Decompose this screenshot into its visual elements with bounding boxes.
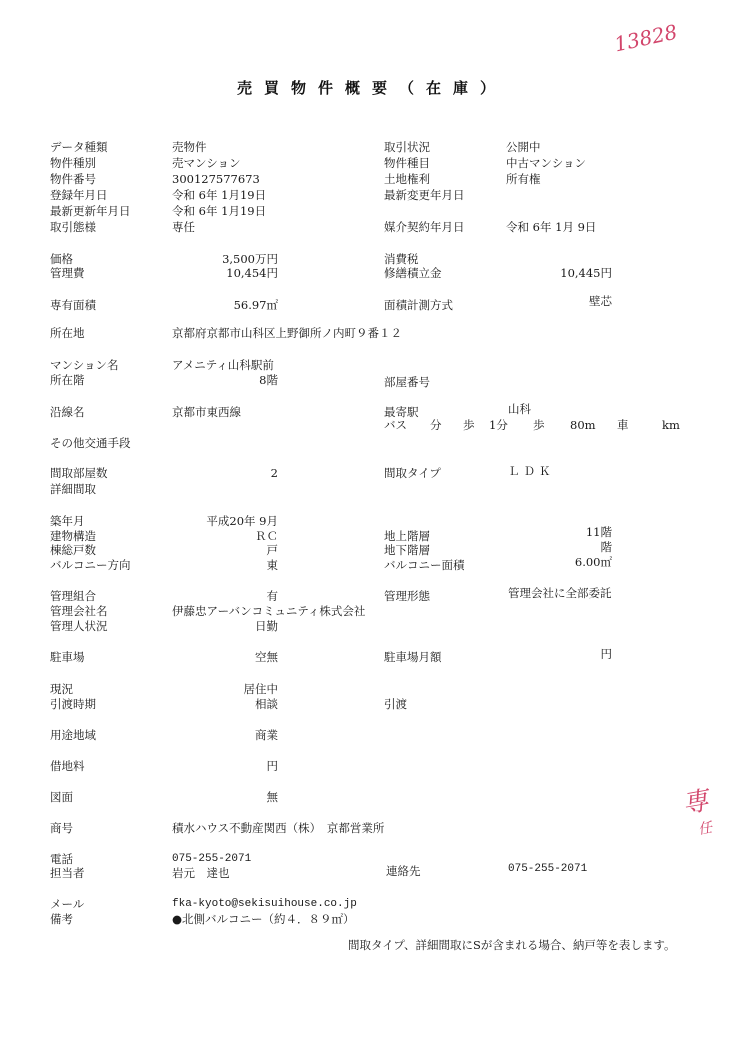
value-price: 3,500万円 (172, 252, 278, 266)
access-car-km: km (662, 418, 680, 432)
label-land-rent: 借地料 (50, 759, 85, 773)
label-price: 価格 (50, 252, 73, 266)
value-underground-floors: 階 (506, 540, 612, 554)
label-nearest-station: 最寄駅 (384, 405, 419, 419)
value-structure: ＲＣ (172, 529, 278, 543)
label-detailed-layout: 詳細間取 (50, 482, 96, 496)
value-nearest-station: 山科 (508, 402, 531, 416)
value-total-units: 戸 (172, 543, 278, 557)
label-floor-area: 専有面積 (50, 298, 96, 312)
label-management-company: 管理会社名 (50, 604, 108, 618)
label-person-in-charge: 担当者 (50, 866, 85, 880)
label-structure: 建物構造 (50, 529, 96, 543)
value-handover-timing: 相談 (172, 697, 278, 711)
value-contact: 075-255-2071 (508, 862, 587, 876)
value-company-name: 積水ハウス不動産関西（株） 京都営業所 (172, 821, 384, 835)
value-room-count: 2 (172, 466, 278, 480)
label-repair-reserve: 修繕積立金 (384, 266, 442, 280)
label-land-rights: 土地権利 (384, 172, 430, 186)
value-email[interactable]: fka-kyoto@sekisuihouse.co.jp (172, 897, 357, 911)
label-current-status: 現況 (50, 682, 73, 696)
label-balcony-area: バルコニー面積 (384, 558, 465, 572)
label-last-updated: 最新更新年月日 (50, 204, 131, 218)
label-layout-type: 間取タイプ (384, 466, 441, 480)
label-drawings: 図面 (50, 790, 73, 804)
value-parking-monthly: 円 (506, 647, 612, 661)
value-person-in-charge: 岩元 達也 (172, 866, 230, 880)
handwritten-number: 13828 (612, 20, 679, 57)
label-area-measurement: 面積計測方式 (384, 298, 453, 312)
label-registration-date: 登録年月日 (50, 188, 108, 202)
access-bus-label: バス (384, 418, 407, 432)
label-room-count: 間取部屋数 (50, 466, 108, 480)
value-land-rights: 所有権 (506, 172, 541, 186)
label-railway-line: 沿線名 (50, 405, 85, 419)
value-property-type: 中古マンション (506, 156, 586, 170)
value-last-updated: 令和 6年 1月19日 (172, 204, 266, 218)
value-address: 京都府京都市山科区上野御所ノ内町９番１２ (172, 326, 402, 340)
label-transaction-type: 取引態様 (50, 220, 96, 234)
value-land-rent: 円 (172, 759, 278, 773)
access-bus-minutes: 分 (430, 418, 442, 432)
label-balcony-direction: バルコニー方向 (50, 558, 131, 572)
label-consumption-tax: 消費税 (384, 252, 419, 266)
label-email: メール (50, 897, 84, 911)
value-property-category: 売マンション (172, 156, 240, 170)
value-drawings: 無 (172, 790, 278, 804)
value-management-association: 有 (172, 589, 278, 603)
label-manager-status: 管理人状況 (50, 619, 108, 633)
value-brokerage-contract-date: 令和 6年 1月 9日 (506, 220, 596, 234)
value-layout-type: ＬＤＫ (508, 464, 555, 478)
label-other-transport: その他交通手段 (50, 436, 131, 450)
label-contact: 連絡先 (386, 864, 421, 878)
label-handover-timing: 引渡時期 (50, 697, 96, 711)
label-brokerage-contract-date: 媒介契約年月日 (384, 220, 465, 234)
access-walk-label-1: 歩 (463, 418, 475, 432)
footnote: 間取タイプ、詳細間取にSが含まれる場合、納戸等を表します。 (348, 938, 675, 952)
label-management-fee: 管理費 (50, 266, 85, 280)
value-manager-status: 日勤 (172, 619, 278, 633)
label-underground-floors: 地下階層 (384, 543, 430, 557)
label-management-association: 管理組合 (50, 589, 96, 603)
value-mansion-name: アメニティ山科駅前 (172, 358, 274, 372)
access-car-label: 車 (617, 418, 629, 432)
value-floor-area: 56.97㎡ (172, 298, 278, 312)
label-phone: 電話 (50, 852, 73, 866)
label-management-form: 管理形態 (384, 589, 430, 603)
value-above-ground-floors: 11階 (506, 525, 612, 539)
value-repair-reserve: 10,445円 (506, 266, 612, 280)
label-property-type: 物件種目 (384, 156, 430, 170)
value-management-company: 伊藤忠アーバンコミュニティ株式会社 (172, 604, 365, 618)
value-property-number: 300127577673 (172, 172, 260, 186)
value-data-type: 売物件 (172, 140, 207, 154)
label-company-name: 商号 (50, 821, 73, 835)
value-management-fee: 10,454円 (172, 266, 278, 280)
label-property-number: 物件番号 (50, 172, 96, 186)
value-balcony-direction: 東 (172, 558, 278, 572)
access-walk-minutes: 1分 (489, 418, 508, 432)
value-transaction-status: 公開中 (506, 140, 541, 154)
label-floor: 所在階 (50, 373, 85, 387)
handwritten-mark-bottom: 任 (696, 817, 713, 839)
label-above-ground-floors: 地上階層 (384, 529, 430, 543)
access-walk-distance: 80m (570, 418, 596, 432)
value-balcony-area: 6.00㎡ (506, 555, 612, 569)
page-title: 売買物件概要（在庫） (0, 77, 744, 98)
value-management-form: 管理会社に全部委託 (508, 586, 612, 600)
label-built-date: 築年月 (50, 514, 85, 528)
label-parking-monthly: 駐車場月額 (384, 650, 442, 664)
label-parking: 駐車場 (50, 650, 85, 664)
label-transaction-status: 取引状況 (384, 140, 430, 154)
value-built-date: 平成20年 9月 (172, 514, 278, 528)
value-zoning: 商業 (172, 728, 278, 742)
value-area-measurement: 壁芯 (506, 294, 612, 308)
label-total-units: 棟総戸数 (50, 543, 96, 557)
value-phone: 075-255-2071 (172, 852, 251, 866)
value-parking: 空無 (172, 650, 278, 664)
value-floor: 8階 (172, 373, 278, 387)
label-property-category: 物件種別 (50, 156, 96, 170)
value-transaction-type: 専任 (172, 220, 195, 234)
label-mansion-name: マンション名 (50, 358, 118, 372)
value-registration-date: 令和 6年 1月19日 (172, 188, 266, 202)
label-room-number: 部屋番号 (384, 375, 430, 389)
access-walk-label-2: 歩 (533, 418, 545, 432)
label-handover: 引渡 (384, 697, 407, 711)
value-current-status: 居住中 (172, 682, 278, 696)
handwritten-mark-top: 専 (679, 780, 711, 821)
label-last-changed: 最新変更年月日 (384, 188, 465, 202)
value-remarks: ●北側バルコニー（約４．８９㎡） (172, 912, 355, 926)
value-railway-line: 京都市東西線 (172, 405, 241, 419)
label-data-type: データ種類 (50, 140, 108, 154)
label-address: 所在地 (50, 326, 85, 340)
label-remarks: 備考 (50, 912, 73, 926)
label-zoning: 用途地域 (50, 728, 96, 742)
